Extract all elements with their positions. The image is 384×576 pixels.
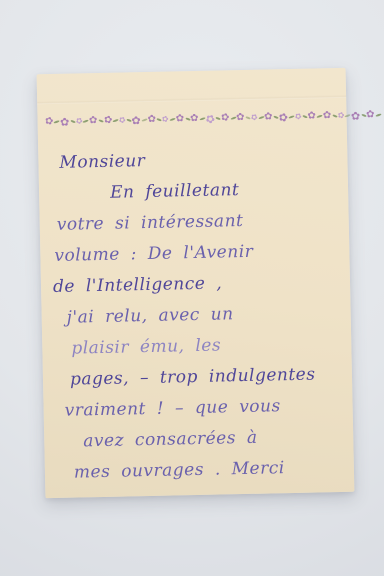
flower-glyph: ✿ — [190, 114, 199, 124]
flower-icon: ✿ — [351, 110, 366, 121]
flower-glyph: ✿ — [161, 115, 169, 124]
flower-glyph: ✿ — [264, 112, 273, 122]
flower-glyph: ✿ — [60, 116, 69, 127]
flower-icon: ✿ — [75, 117, 89, 125]
flower-glyph: ✿ — [236, 113, 245, 123]
floral-garland-border: ✿✿✿✿✿✿✿✿✿✿✿✿✿✿✿✿✿✿✿✿✿✿✿ — [44, 108, 339, 130]
flower-glyph: ✿ — [117, 115, 127, 125]
leaf-icon — [375, 113, 381, 117]
letter-paper: ✿✿✿✿✿✿✿✿✿✿✿✿✿✿✿✿✿✿✿✿✿✿✿ Monsieur En feui… — [37, 68, 355, 498]
flower-icon: ✿ — [366, 110, 382, 120]
flower-glyph: ✿ — [44, 116, 55, 128]
flower-glyph: ✿ — [176, 114, 185, 124]
flower-glyph: ✿ — [131, 115, 140, 126]
flower-glyph: ✿ — [277, 111, 289, 124]
flower-glyph: ✿ — [89, 116, 98, 126]
flower-icon: ✿ — [323, 111, 338, 121]
leaf-icon — [126, 119, 131, 123]
flower-icon: ✿ — [89, 116, 104, 126]
handwritten-text: Monsieur En feuilletant votre si intéres… — [38, 142, 348, 489]
flower-glyph: ✿ — [102, 115, 113, 127]
flower-glyph: ✿ — [220, 112, 231, 124]
paper-crease — [37, 95, 346, 104]
leaf-icon — [361, 114, 366, 118]
flower-glyph: ✿ — [249, 113, 259, 123]
flower-icon: ✿ — [278, 111, 294, 122]
flower-icon: ✿ — [295, 113, 308, 121]
flower-icon: ✿ — [205, 113, 220, 124]
flower-icon: ✿ — [44, 117, 60, 127]
flower-glyph: ✿ — [147, 115, 156, 125]
flower-icon: ✿ — [147, 115, 162, 125]
flower-glyph: ✿ — [323, 111, 332, 121]
flower-icon: ✿ — [176, 114, 191, 124]
flower-icon: ✿ — [119, 116, 132, 124]
leaf-icon — [185, 117, 190, 121]
flower-glyph: ✿ — [203, 112, 216, 126]
photo-background: ✿✿✿✿✿✿✿✿✿✿✿✿✿✿✿✿✿✿✿✿✿✿✿ Monsieur En feui… — [0, 0, 384, 576]
flower-icon: ✿ — [60, 116, 75, 127]
flower-glyph: ✿ — [351, 110, 360, 121]
flower-icon: ✿ — [307, 111, 323, 121]
handwriting-line: mes ouvrages . Merci — [45, 452, 349, 489]
flower-glyph: ✿ — [366, 110, 375, 120]
flower-icon: ✿ — [250, 114, 264, 122]
flower-icon: ✿ — [162, 115, 176, 123]
flower-icon: ✿ — [131, 114, 147, 125]
flower-glyph: ✿ — [307, 111, 316, 121]
flower-icon: ✿ — [337, 112, 351, 120]
flower-glyph: ✿ — [293, 112, 303, 122]
flower-icon: ✿ — [236, 113, 251, 123]
flower-icon: ✿ — [221, 113, 237, 123]
handwriting-line: pages, – trop indulgentes — [43, 359, 347, 396]
